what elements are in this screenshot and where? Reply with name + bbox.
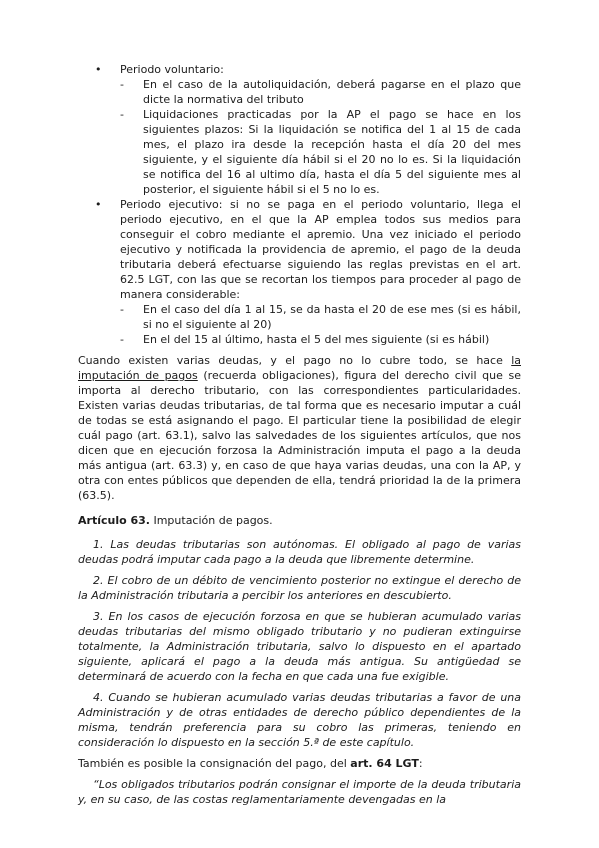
dash-marker: - (120, 107, 124, 122)
heading-articulo-63-number: Artículo 63. (78, 514, 150, 527)
paragraph-imputacion-pagos: Cuando existen varias deudas, y el pago … (78, 353, 521, 503)
sub-item-text: En el caso de la autoliquidación, deberá… (143, 77, 521, 107)
articulo63-parrafo-4: 4. Cuando se hubieran acumulado varias d… (78, 690, 521, 750)
heading-articulo-63-title: Imputación de pagos. (150, 514, 273, 527)
sub-item-text: Liquidaciones practicadas por la AP el p… (143, 107, 521, 197)
sub-item-dia-15-ultimo: - En el del 15 al último, hasta el 5 del… (120, 332, 521, 347)
paragraph-consignacion: También es posible la consignación del p… (78, 756, 521, 771)
bullet-item-periodo-voluntario: • Periodo voluntario: - En el caso de la… (78, 62, 521, 197)
consignacion-text-before: También es posible la consignación del p… (78, 757, 350, 770)
quote-articulo-64: “Los obligados tributarios podrán consig… (78, 777, 521, 807)
imputacion-text-after: (recuerda obligaciones), figura del dere… (78, 369, 521, 502)
bullet-item-title: Periodo voluntario: (120, 62, 521, 77)
bullet-item-body: Periodo ejecutivo: si no se paga en el p… (120, 197, 521, 302)
consignacion-art-64-lgt: art. 64 LGT (350, 757, 419, 770)
consignacion-text-after: : (419, 757, 423, 770)
sub-item-text: En el del 15 al último, hasta el 5 del m… (143, 332, 521, 347)
bullet-marker: • (95, 197, 115, 212)
heading-articulo-63: Artículo 63. Imputación de pagos. (78, 513, 521, 528)
articulo63-parrafo-1: 1. Las deudas tributarias son autónomas.… (78, 537, 521, 567)
sub-item-liquidaciones: - Liquidaciones practicadas por la AP el… (120, 107, 521, 197)
dash-marker: - (120, 77, 124, 92)
bullet-item-periodo-ejecutivo: • Periodo ejecutivo: si no se paga en el… (78, 197, 521, 347)
dash-marker: - (120, 332, 124, 347)
articulo63-parrafo-2: 2. El cobro de un débito de vencimiento … (78, 573, 521, 603)
articulo63-parrafo-3: 3. En los casos de ejecución forzosa en … (78, 609, 521, 684)
dash-marker: - (120, 302, 124, 317)
document-page: • Periodo voluntario: - En el caso de la… (0, 0, 599, 848)
sub-item-text: En el caso del día 1 al 15, se da hasta … (143, 302, 521, 332)
bullet-marker: • (95, 62, 115, 77)
imputacion-text-before: Cuando existen varias deudas, y el pago … (78, 354, 511, 367)
sub-item-dia-1-15: - En el caso del día 1 al 15, se da hast… (120, 302, 521, 332)
bullet-list: • Periodo voluntario: - En el caso de la… (78, 62, 521, 347)
sub-item-autoliquidacion: - En el caso de la autoliquidación, debe… (120, 77, 521, 107)
